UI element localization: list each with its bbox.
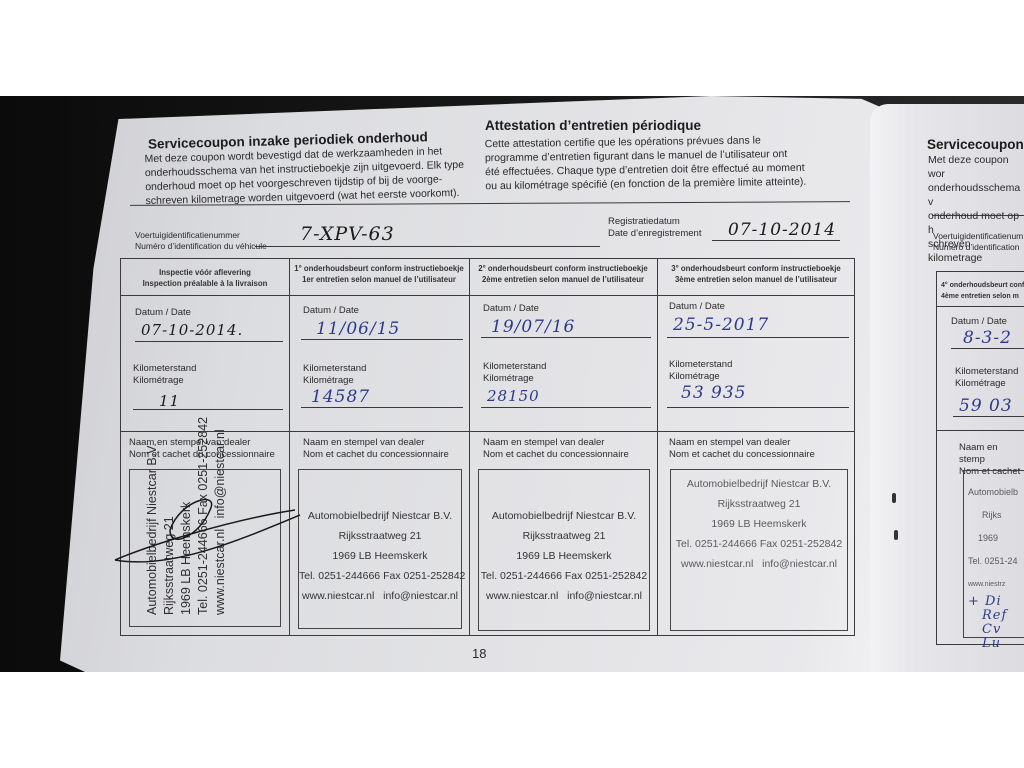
date-label: Datum / Date — [303, 305, 359, 317]
dealer-stamp: Automobielbedrijf Niestcar B.V. Rijksstr… — [299, 506, 461, 606]
registration-label: Registratiedatum Date d’enregistrement — [608, 216, 701, 240]
date-value[interactable]: 07-10-2014. — [141, 321, 243, 339]
column-header-service-4: 4° onderhoudsbeurt conf 4ème entretien s… — [941, 280, 1024, 302]
handwritten-note: + Di Ref Cv Lu — [968, 595, 1007, 651]
dealer-stamp-box: Automobielb Rijks 1969 Tel. 0251-24 www.… — [963, 470, 1024, 638]
dealer-label: Naam en stempel van dealer Nom et cachet… — [303, 437, 449, 461]
dealer-label: Naam en stempel van dealer Nom et cachet… — [669, 437, 815, 461]
km-value[interactable]: 59 03 — [959, 396, 1013, 416]
dealer-stamp-box: Automobielbedrijf Niestcar B.V. Rijksstr… — [478, 469, 650, 631]
km-label: Kilometerstand Kilométrage — [303, 363, 366, 387]
column-header-pre-delivery: Inspectie vóór aflevering Inspection pré… — [121, 267, 289, 289]
fr-intro: Cette attestation certifie que les opéra… — [485, 133, 807, 193]
dealer-stamp: Automobielbedrijf Niestcar B.V. Rijksstr… — [671, 474, 847, 574]
date-value[interactable]: 19/07/16 — [491, 317, 575, 337]
column-header-service-1: 1° onderhoudsbeurt conform instructieboe… — [289, 263, 469, 285]
right-vehicle-label: Voertuigidentificatienum Numéro d’identi… — [933, 231, 1023, 253]
date-value[interactable]: 8-3-2 — [963, 328, 1012, 348]
dealer-label: Naam en stempel van dealer Nom et cachet… — [483, 437, 629, 461]
date-label: Datum / Date — [951, 316, 1007, 328]
column-header-service-3: 3° onderhoudsbeurt conform instructieboe… — [657, 263, 855, 285]
km-value[interactable]: 14587 — [311, 387, 370, 407]
km-label: Kilometerstand Kilométrage — [669, 359, 732, 383]
registration-date-value[interactable]: 07-10-2014 — [728, 220, 836, 240]
date-label: Datum / Date — [669, 301, 725, 313]
right-title: Servicecoupon — [927, 137, 1024, 152]
signature — [110, 490, 310, 580]
km-value[interactable]: 11 — [159, 392, 180, 410]
dealer-stamp-box: Automobielbedrijf Niestcar B.V. Rijksstr… — [670, 469, 848, 631]
right-table: 4° onderhoudsbeurt conf 4ème entretien s… — [936, 271, 1024, 645]
vehicle-id-value[interactable]: 7-XPV-63 — [300, 223, 395, 245]
km-value[interactable]: 53 935 — [681, 383, 746, 403]
nl-intro: Met deze coupon wordt bevestigd dat de w… — [144, 144, 465, 208]
km-label: Kilometerstand Kilométrage — [483, 361, 546, 385]
dealer-stamp: Automobielbedrijf Niestcar B.V. Rijksstr… — [479, 506, 649, 606]
date-value[interactable]: 25-5-2017 — [673, 315, 769, 335]
date-label: Datum / Date — [483, 303, 539, 315]
dealer-stamp-box: Automobielbedrijf Niestcar B.V. Rijksstr… — [298, 469, 462, 629]
km-value[interactable]: 28150 — [487, 387, 540, 405]
date-label: Datum / Date — [135, 307, 191, 319]
km-label: Kilometerstand Kilométrage — [133, 363, 196, 387]
vehicle-line — [255, 246, 600, 247]
fr-title: Attestation d’entretien périodique — [485, 118, 701, 133]
page-number: 18 — [472, 646, 486, 661]
registration-line — [712, 240, 840, 241]
km-label: Kilometerstand Kilométrage — [955, 366, 1018, 390]
column-header-service-2: 2° onderhoudsbeurt conform instructieboe… — [469, 263, 657, 285]
date-value[interactable]: 11/06/15 — [316, 319, 400, 339]
vehicle-label: Voertuigidentificatienummer Numéro d’ide… — [135, 230, 267, 252]
